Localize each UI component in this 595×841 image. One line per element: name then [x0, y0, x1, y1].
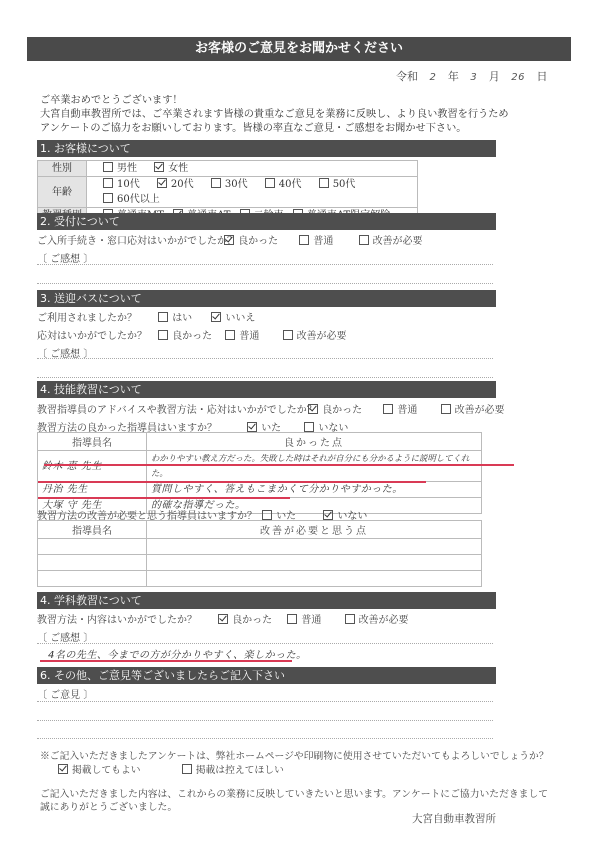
option-normal[interactable]: 普通 [225, 331, 259, 342]
option-label: 男性 [117, 163, 137, 174]
intro-line: ご卒業おめでとうございます！ [40, 94, 509, 108]
checkbox-icon[interactable] [319, 178, 329, 188]
option-normal[interactable]: 普通 [383, 405, 417, 416]
option-label: 10代 [117, 179, 140, 190]
checkbox-icon[interactable] [103, 193, 113, 203]
instructor-rating-question-row: 教習指導員のアドバイスや教習方法・応対はいかがでしたか？ 良かった 普通 改善が… [37, 401, 519, 416]
intro-text: ご卒業おめでとうございます！ 大宮自動車教習所では、ご卒業されます皆様の貴重なご… [40, 94, 509, 136]
option-normal[interactable]: 普通 [299, 236, 333, 247]
day-label: 日 [536, 70, 547, 83]
option-needs-improvement[interactable]: 改善が必要 [283, 331, 347, 342]
column-header-good-points: 良かった点 [147, 433, 482, 451]
checkbox-checked-icon[interactable] [323, 510, 333, 520]
reception-question-row: ご入所手続き・窓口応対はいかがでしたか？ 良かった 普通 改善が必要 [37, 232, 437, 247]
checkbox-icon[interactable] [299, 235, 309, 245]
checkbox-icon[interactable] [182, 764, 192, 774]
section-header-shuttle-bus: 3. 送迎バスについて [37, 290, 496, 307]
table-row: 鈴木 恵 先生 わかりやすい教え方だった。失敗した時はそれが自分にも分かるように… [38, 451, 482, 482]
option-good[interactable]: 良かった [224, 236, 278, 247]
table-row: 丹治 先生 質問しやすく、答えもこまかくて分かりやすかった。 [38, 482, 482, 498]
option-label: 良かった [172, 331, 212, 342]
comment-label: 〔 ご感想 〕 [37, 250, 93, 265]
option-label: 良かった [322, 405, 362, 416]
question-text: ご利用されましたか？ [37, 309, 155, 324]
question-text: ご入所手続き・窓口応対はいかがでしたか？ [37, 232, 221, 247]
comment-line[interactable] [37, 264, 493, 265]
option-age-40s[interactable]: 40代 [265, 179, 302, 190]
checkbox-checked-icon[interactable] [224, 235, 234, 245]
option-label: 良かった [232, 615, 272, 626]
comment-line[interactable] [37, 738, 493, 739]
classroom-question-row: 教習方法・内容はいかがでしたか？ 良かった 普通 改善が必要 [37, 611, 423, 626]
checkbox-icon[interactable] [383, 404, 393, 414]
question-text: 教習指導員のアドバイスや教習方法・応対はいかがでしたか？ [37, 401, 305, 416]
age-label: 年齢 [38, 177, 87, 208]
option-normal[interactable]: 普通 [287, 615, 321, 626]
instructor-name[interactable]: 鈴木 恵 先生 [38, 451, 147, 482]
checkbox-icon[interactable] [265, 178, 275, 188]
improvement-point[interactable] [147, 555, 482, 571]
section-header-classroom-lessons: 4. 学科教習について [37, 592, 496, 609]
option-label: 普通 [313, 236, 333, 247]
improvement-point[interactable] [147, 571, 482, 587]
classroom-comment[interactable]: 4名の先生、今までの方が分かりやすく、楽しかった。 [48, 646, 307, 661]
checkbox-checked-icon[interactable] [218, 614, 228, 624]
checkbox-icon[interactable] [225, 330, 235, 340]
option-label: 改善が必要 [297, 331, 347, 342]
option-publish-ok[interactable]: 掲載してもよい [58, 765, 141, 776]
section-header-other-comments: 6. その他、ご意見等ございましたらご記入下さい [37, 667, 496, 684]
checkbox-icon[interactable] [103, 162, 113, 172]
checkbox-icon[interactable] [304, 422, 314, 432]
checkbox-icon[interactable] [283, 330, 293, 340]
option-label: 20代 [171, 179, 194, 190]
year-value[interactable]: 2 [430, 72, 437, 83]
option-age-30s[interactable]: 30代 [211, 179, 248, 190]
checkbox-icon[interactable] [158, 312, 168, 322]
option-label: 30代 [225, 179, 248, 190]
checkbox-checked-icon[interactable] [157, 178, 167, 188]
checkbox-checked-icon[interactable] [58, 764, 68, 774]
checkbox-checked-icon[interactable] [154, 162, 164, 172]
option-female[interactable]: 女性 [154, 163, 188, 174]
bus-used-question-row: ご利用されましたか？ はい いいえ [37, 309, 269, 324]
option-label: 普通 [397, 405, 417, 416]
good-point[interactable]: わかりやすい教え方だった。失敗した時はそれが自分にも分かるように説明してくれた。 [147, 451, 482, 482]
consent-options: 掲載してもよい 掲載は控えてほしい [58, 764, 298, 777]
year-label: 年 [448, 70, 459, 83]
column-header-improvement-points: 改善が必要と思う点 [147, 521, 482, 539]
month-value[interactable]: 3 [470, 72, 477, 83]
red-underline [44, 464, 514, 466]
improvement-point[interactable] [147, 539, 482, 555]
checkbox-icon[interactable] [211, 178, 221, 188]
option-good[interactable]: 良かった [158, 331, 212, 342]
option-label: 掲載してもよい [72, 765, 141, 776]
instructor-name[interactable] [38, 555, 147, 571]
intro-line: 大宮自動車教習所では、ご卒業されます皆様の貴重なご意見を業務に反映し、より良い教… [40, 108, 509, 122]
checkbox-icon[interactable] [158, 330, 168, 340]
page-title: お客様のご意見をお聞かせください [27, 37, 571, 61]
comment-label: 〔 ご意見 〕 [37, 686, 93, 701]
improve-instructor-table: 指導員名 改善が必要と思う点 [37, 520, 482, 587]
option-no[interactable]: いいえ [211, 313, 255, 324]
column-header-instructor: 指導員名 [38, 521, 147, 539]
section-header-customer: 1. お客様について [37, 140, 496, 157]
checkbox-icon[interactable] [359, 235, 369, 245]
option-age-60s-plus[interactable]: 60代以上 [103, 194, 160, 205]
good-point[interactable]: 質問しやすく、答えもこまかくて分かりやすかった。 [147, 482, 482, 498]
table-row [38, 571, 482, 587]
section-header-reception: 2. 受付について [37, 213, 496, 230]
option-label: 普通 [239, 331, 259, 342]
instructor-name[interactable] [38, 571, 147, 587]
option-age-10s[interactable]: 10代 [103, 179, 140, 190]
option-label: 60代以上 [117, 194, 160, 205]
option-label: 普通 [301, 615, 321, 626]
comment-line[interactable] [37, 701, 493, 702]
comment-line[interactable] [37, 720, 493, 721]
option-label: いいえ [225, 313, 255, 324]
option-male[interactable]: 男性 [103, 163, 137, 174]
consent-question: ※ご記入いただきましたアンケートは、弊社ホームページや印刷物に使用させていただい… [40, 750, 549, 763]
good-instructor-table: 指導員名 良かった点 鈴木 恵 先生 わかりやすい教え方だった。失敗した時はそれ… [37, 432, 482, 514]
month-label: 月 [489, 70, 500, 83]
comment-line[interactable] [37, 283, 493, 284]
option-needs-improvement[interactable]: 改善が必要 [345, 615, 409, 626]
checkbox-checked-icon[interactable] [247, 422, 257, 432]
red-underline [40, 660, 292, 662]
red-underline [38, 497, 290, 499]
comment-line[interactable] [37, 377, 493, 378]
checkbox-checked-icon[interactable] [308, 404, 318, 414]
option-label: 50代 [333, 179, 356, 190]
option-label: はい [172, 313, 192, 324]
option-age-50s[interactable]: 50代 [319, 179, 356, 190]
intro-line: アンケートのご協力をお願いしております。皆様の率直なご意見・ご感想をお聞かせ下さ… [40, 122, 509, 136]
day-value[interactable]: 26 [511, 72, 525, 83]
checkbox-icon[interactable] [287, 614, 297, 624]
era-label: 令和 [396, 70, 418, 83]
checkbox-icon[interactable] [103, 178, 113, 188]
question-text: 教習方法・内容はいかがでしたか？ [37, 611, 215, 626]
option-yes[interactable]: はい [158, 313, 192, 324]
closing-line: ご記入いただきました内容は、これからの業務に反映していきたいと思います。アンケー… [40, 788, 548, 801]
checkbox-icon[interactable] [441, 404, 451, 414]
option-publish-decline[interactable]: 掲載は控えてほしい [182, 765, 284, 776]
option-label: 良かった [238, 236, 278, 247]
instructor-name[interactable] [38, 539, 147, 555]
question-text: 応対はいかがでしたか？ [37, 327, 155, 342]
section-header-driving-lessons: 4. 技能教習について [37, 381, 496, 398]
option-good[interactable]: 良かった [308, 405, 362, 416]
red-underline [38, 481, 426, 483]
checkbox-icon[interactable] [345, 614, 355, 624]
option-label: 40代 [279, 179, 302, 190]
instructor-name[interactable]: 丹治 先生 [38, 482, 147, 498]
option-age-20s[interactable]: 20代 [157, 179, 194, 190]
checkbox-icon[interactable] [262, 510, 272, 520]
option-needs-improvement[interactable]: 改善が必要 [359, 236, 423, 247]
comment-label: 〔 ご感想 〕 [37, 629, 93, 644]
option-good[interactable]: 良かった [218, 615, 272, 626]
school-signature: 大宮自動車教習所 [412, 811, 496, 826]
comment-line[interactable] [37, 358, 493, 359]
option-label: 改善が必要 [359, 615, 409, 626]
checkbox-checked-icon[interactable] [211, 312, 221, 322]
option-needs-improvement[interactable]: 改善が必要 [441, 405, 505, 416]
date-line: 令和 2 年 3 月 26 日 [396, 68, 547, 84]
bus-service-question-row: 応対はいかがでしたか？ 良かった 普通 改善が必要 [37, 327, 361, 342]
table-row [38, 539, 482, 555]
option-label: 女性 [168, 163, 188, 174]
gender-label: 性別 [38, 161, 87, 177]
column-header-instructor: 指導員名 [38, 433, 147, 451]
table-row [38, 555, 482, 571]
option-label: 改善が必要 [455, 405, 505, 416]
option-label: 掲載は控えてほしい [196, 765, 284, 776]
option-label: 改善が必要 [373, 236, 423, 247]
comment-line [37, 643, 493, 644]
